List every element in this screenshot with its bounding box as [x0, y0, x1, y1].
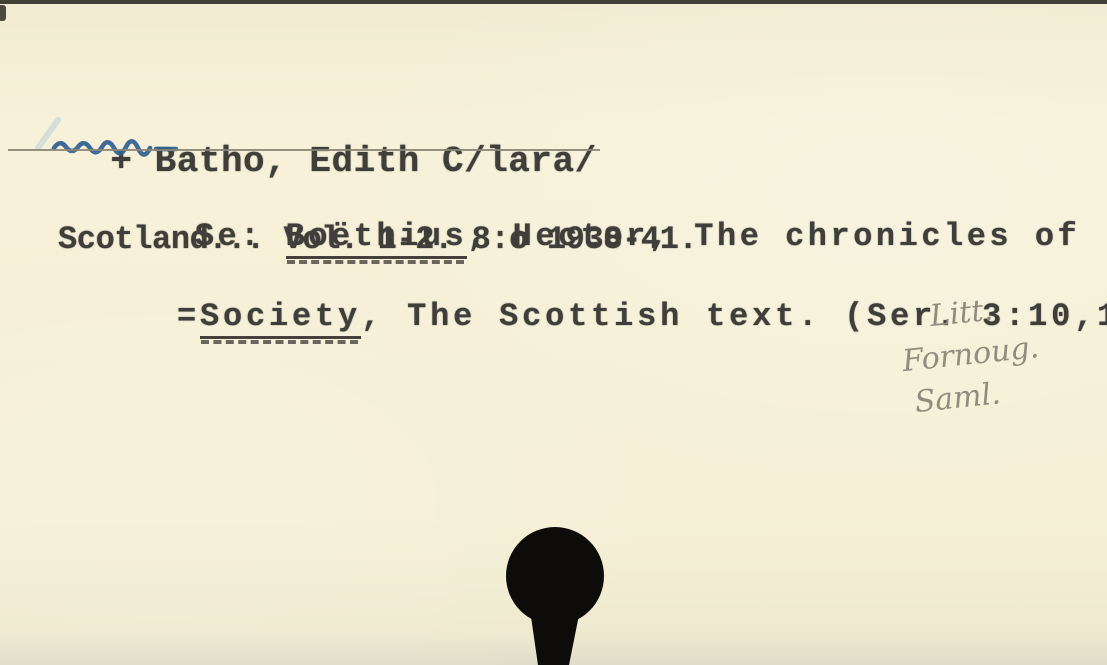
keyhole-punch-icon — [475, 515, 635, 665]
society-reference: Society — [200, 298, 361, 339]
scan-top-edge — [0, 0, 1107, 4]
heading-plus-sign: + — [110, 141, 154, 182]
heading-underline-rule — [8, 149, 600, 151]
catalog-card: + Batho, Edith C/lara/ Se: Boëthius, Hec… — [0, 0, 1107, 665]
body-line-2: Scotland... Vol. 1-2. 8:o 1938-41. — [58, 221, 697, 258]
pencil-annotations: Litt. Fornoug. Saml. — [892, 278, 1107, 425]
scan-left-edge-mark — [0, 5, 6, 21]
heading-author-name: Batho — [155, 141, 266, 182]
equals-sign: = — [177, 298, 200, 335]
heading-author-rest: , Edith C/lara/ — [265, 141, 597, 182]
